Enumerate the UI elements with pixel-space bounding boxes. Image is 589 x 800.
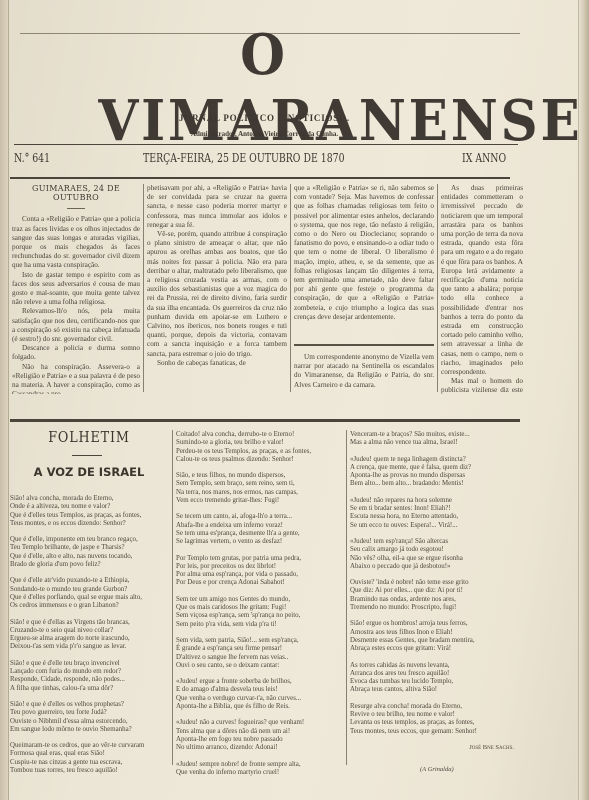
verse-line: Evoca das tumbas teu lucido Templo, [350, 678, 520, 686]
verse-line: Bramindo nas ondas, ardente nos ares, [350, 596, 520, 604]
verse-line: «Judeu! tem esp'rança! São altercas [350, 538, 520, 546]
article-column-2: phetisavam por ahi, a «Religião e Patria… [147, 184, 287, 394]
verse-line: Mas a alma não vence tua alma, Israel! [350, 439, 520, 447]
verse-line: Ouviste? 'inda é nobre! não teme esse gr… [350, 579, 520, 587]
stanza: Sião, e teus filhos, no mundo dispersos,… [176, 472, 336, 505]
verse-line: Sião! e que é d'elle teu braço invencive… [10, 660, 160, 668]
verse-line: Cuspiu-te nas cinzas a gente tua escrava… [10, 759, 160, 767]
issue-line-rule [10, 177, 510, 179]
verse-line: Seu calix amargo já todo esgotou! [350, 546, 520, 554]
verse-line: Que venha do inferno martyrio cruel! [176, 769, 336, 777]
verse-line: Que é d'elle, alto e alto, nas nuvens to… [10, 553, 160, 561]
verse-line: Se tem uma es'prança, desmente lh'a a ge… [176, 530, 336, 538]
folhetim-heading: FOLHETIM [13, 428, 164, 446]
verse-line: Aponta-lhe em fogo teu nobre passado [176, 736, 336, 744]
poem-title: A VOZ DE ISRAEL [0, 465, 178, 479]
verse-line: Deixou-t'as sem vida p'r'o sangue as lev… [10, 643, 160, 651]
poem-source: (A Grinalda) [350, 766, 520, 774]
verse-line: Abaixo o peccado que já desbotou!» [350, 563, 520, 571]
article-paragraph: phetisavam por ahi, a «Religião e Patria… [147, 184, 287, 230]
verse-line: Tombou tuas torres, teu fresco aquilão! [10, 767, 160, 775]
verse-line: Responde, Cidade, responde, não podes... [10, 676, 160, 684]
verse-line: Os cedros immensos e o gran Libanon? [10, 602, 160, 610]
issue-date: TERÇA-FEIRA, 25 DE OUTUBRO DE 1870 [143, 151, 345, 165]
stanza: Sião! ergue os hombros! arroja teus ferr… [350, 620, 520, 653]
verse-line: É grande a esp'rança seu firme pensar! [176, 645, 336, 653]
stanza: Que é d'elle atr'vido puxando-te a Ethio… [10, 577, 160, 610]
article-column-3: que a «Religião e Patria» se ri, não sab… [294, 184, 434, 340]
verse-line: Formosa qual eras, qual eras Sião! [10, 750, 160, 758]
verse-line: Lançado com furia do mundo em redor? [10, 668, 160, 676]
verse-line: Cruzando-te o seio qual niveo collar? [10, 627, 160, 635]
verse-line: Abafa-lhe a endeixa um inferno voraz! [176, 522, 336, 530]
stanza: Sião! alva concha, morada do Eterno,Onde… [10, 495, 160, 528]
folhetim-rule [72, 455, 102, 456]
verse-line: Por Deus e por crença Adonai Sabahot! [176, 579, 336, 587]
verse-line: Sem peito p'ra vida, sem vida p'ra ti! [176, 621, 336, 629]
verse-line: Que é d'elles teus Templos, as praças, a… [10, 512, 160, 520]
column-rule [143, 184, 144, 392]
verse-line: «Judeu! sempre nobre! de fronte sempre a… [176, 761, 336, 769]
verse-line: Sião! e que é d'ellas as Virgens tão bra… [10, 619, 160, 627]
article-paragraph: Sonho de cabeças fanaticas, de [147, 359, 287, 368]
article-paragraph: Vê-se, porém, quando attribue á conspira… [147, 230, 287, 359]
article-paragraph: Um correspondente anonymo de Vizella vem… [294, 353, 434, 390]
verse-line: Sem ter um amigo nos Gentes do mundo, [176, 596, 336, 604]
stanza: «Judeu! sempre nobre! de fronte sempre a… [176, 761, 336, 778]
masthead-bottom-rule [14, 144, 518, 145]
column-rule [290, 184, 291, 392]
verse-line: Que é d'elle atr'vido puxando-te a Ethio… [10, 577, 160, 585]
verse-line: Arranca dos ares teu fresco aquilão! [350, 670, 520, 678]
verse-line: Brado de gloria d'um povo feliz? [10, 561, 160, 569]
correspondent-note: Um correspondente anonymo de Vizella vem… [294, 353, 434, 395]
stanza: «Judeu! não repares na hora solemneSe em… [350, 497, 520, 530]
column-rule [346, 430, 347, 765]
verse-line: Sem viçosa esp'rança, sem 'sp'rança no p… [176, 612, 336, 620]
verse-line: Se tecem um canto, ai, afoga-lh'o a terr… [176, 513, 336, 521]
stanza: «Judeu! tem esp'rança! São altercasSeu c… [350, 538, 520, 571]
stanza: «Judeu! não a curves! fogueiras? que ven… [176, 719, 336, 752]
verse-line: Escuta nessa hora, no Eterno attentado, [350, 513, 520, 521]
article-paragraph: Isto de gastar tempo e espirito com as f… [12, 271, 140, 308]
administrator-line: Administrador, Antonio Vieira Correa da … [0, 130, 559, 138]
article-paragraph: que a «Religião e Patria» se ri, não sab… [294, 184, 434, 322]
verse-line: Não vês? olha, eil-a que se ergue risonh… [350, 555, 520, 563]
verse-line: Amostra aos teus filhos Inon e Eliah! [350, 629, 520, 637]
verse-line: Sião, e teus filhos, no mundo dispersos, [176, 472, 336, 480]
dateline-rule [67, 208, 85, 209]
verse-line: Sião! alva concha, morada do Eterno, [10, 495, 160, 503]
section-rule [294, 344, 434, 346]
verse-line: A filha que tinhas, calou-t'a uma dôr? [10, 685, 160, 693]
verse-line: Sondando-te o mundo teu grande Gurbon? [10, 586, 160, 594]
verse-line: Levanta os teus templos, as praças, as f… [350, 719, 520, 727]
verse-line: Que venha o verdugo curvar-t'a, não curv… [176, 695, 336, 703]
article-paragraph: Conta a «Religião e Patria» que a polici… [12, 215, 140, 270]
verse-line: Bem alto... bem alto... bradando: Mentis… [350, 480, 520, 488]
newspaper-subtitle: JORNAL POLITICO E NOTICIOSO. [0, 113, 559, 123]
verse-line: Por alma uma esp'rança, por vida o passa… [176, 571, 336, 579]
stanza: Resurge alva concha! morada do Eterno,Re… [350, 703, 520, 736]
verse-line: A crença, que mente, que é falsa, quem d… [350, 464, 520, 472]
article-paragraph: Não ha conspiração. Assevera-o a «Religi… [12, 363, 140, 394]
verse-line: Onde é a altiveza, teu nome e valor? [10, 503, 160, 511]
verse-line: D'altivez o sangue lhe fervem nas veias.… [176, 654, 336, 662]
stanza: Queimaram-te os cedros, que ao vêr-te cu… [10, 742, 160, 775]
verse-line: Resurge alva concha! morada do Eterno, [350, 703, 520, 711]
verse-line: Que os mais caridosos lhe gritam: Fugi! [176, 604, 336, 612]
verse-line: Sião! e que é d'elles os velhos propheta… [10, 701, 160, 709]
poem-column-1: Sião! alva concha, morada do Eterno,Onde… [10, 495, 160, 783]
verse-line: Se lagrimas vertem, o vento as desfaz! [176, 538, 336, 546]
verse-line: Aponta-lhe as provas no mundo dispersas [350, 472, 520, 480]
verse-line: «Judeu! não a curves! fogueiras? que ven… [176, 719, 336, 727]
verse-line: Ouvi o seu canto, se o deixam cantar: [176, 662, 336, 670]
verse-line: Que diz: Ai por elles... que diz: Ai por… [350, 587, 520, 595]
stanza: Sem ter um amigo nos Gentes do mundo,Que… [176, 596, 336, 629]
verse-line: Revive o teu brilho, teu nome e valor! [350, 711, 520, 719]
verse-line: Que é d'elle, imponente em teu branco re… [10, 536, 160, 544]
article-column-1: GUIMARÃES, 24 DE OUTUBRO Conta a «Religi… [12, 184, 140, 394]
stanza: Que é d'elle, imponente em teu branco re… [10, 536, 160, 569]
verse-line: Sião! ergue os hombros! arroja teus ferr… [350, 620, 520, 628]
verse-line: Se um ecco tu ouves: Espera!... Virá!... [350, 522, 520, 530]
verse-line: Em sangue lodo môrno te ouvio Shemanha? [10, 726, 160, 734]
verse-line: Abraça estes eccos que gritam: Virá! [350, 645, 520, 653]
stanza: Coitado! alva concha, derrubo-te o Etern… [176, 431, 336, 464]
verse-line: Sumindo-te a gloria, teu brilho e valor! [176, 439, 336, 447]
verse-line: Tremendo no mundo: Proscripto, fugi! [350, 604, 520, 612]
poem-signature: José Bne Sachs. [350, 744, 520, 752]
verse-line: Tens alma que a dôres não dá nem um ai! [176, 728, 336, 736]
column-rule [172, 430, 173, 765]
stanza: «Judeu! ergue a fronte soberba de brilho… [176, 678, 336, 711]
verse-line: Que é d'elles porfiando, qual se ergue m… [10, 594, 160, 602]
stanza: Sião! e que é d'ellas as Virgens tão bra… [10, 619, 160, 652]
stanza: Por Templo tem grutas, por patria uma pe… [176, 555, 336, 588]
article-column-4: As duas primeiras entidades commetteram … [441, 184, 523, 394]
verse-line: Desmente essas Gentes, que bradam mentir… [350, 637, 520, 645]
verse-line: No ultimo arranco, dizendo: Adonai! [176, 744, 336, 752]
verse-line: Perdeu-te os teus Templos, as praças, e … [176, 448, 336, 456]
verse-line: Aponta-lhe a Biblia, que és filho de Rei… [176, 703, 336, 711]
verse-line: Abraça teus cantos, altiva Sião! [350, 686, 520, 694]
article-dateline: GUIMARÃES, 24 DE OUTUBRO [12, 184, 140, 202]
stanza: As torres cahidas ás nuvens levanta,Arra… [350, 662, 520, 695]
article-paragraph: Mas mal o homem do publicista vizilense … [441, 377, 523, 394]
verse-line: Sem vida, sem patria, Sião!... sem esp'r… [176, 637, 336, 645]
verse-line: E do amago d'alma desvela teus leis! [176, 686, 336, 694]
stanza: Venceram-te a braços? São muitos, existe… [350, 431, 520, 448]
verse-line: Teu Templo brilhante, de jaspe e Tharsis… [10, 544, 160, 552]
stanza: Sião! e que é d'elles os velhos propheta… [10, 701, 160, 734]
verse-line: Por Templo tem grutas, por patria uma pe… [176, 555, 336, 563]
poem-column-2: Coitado! alva concha, derrubo-te o Etern… [176, 431, 336, 785]
verse-line: Venceram-te a braços? São muitos, existe… [350, 431, 520, 439]
verse-line: Por leis, por preceitos os dez librlot! [176, 563, 336, 571]
stanza: Sem vida, sem patria, Sião!... sem esp'r… [176, 637, 336, 670]
verse-line: Teus montes, teus eccos, que gemam: Senh… [350, 728, 520, 736]
verse-line: Na terra, nos mares, nos ermos, nas camp… [176, 489, 336, 497]
stanza: Sião! e que é d'elle teu braço invencive… [10, 660, 160, 693]
verse-line: «Judeu! ergue a fronte soberba de brilho… [176, 678, 336, 686]
newspaper-page: O VIMARANENSE JORNAL POLITICO E NOTICIOS… [0, 0, 589, 800]
verse-line: Vem ecco tremendo gritar-lhes: Fugi! [176, 497, 336, 505]
verse-line: Calou-te os teus psalmos dizendo: Senhor… [176, 456, 336, 464]
verse-line: Ouviste o Nibhmil d'essa alma estorcendo… [10, 718, 160, 726]
issue-number: N.° 641 [14, 151, 50, 165]
verse-line: Sem Templo, sem braço, sem reino, sem ti… [176, 480, 336, 488]
verse-line: As torres cahidas ás nuvens levanta, [350, 662, 520, 670]
folhetim-divider [10, 419, 520, 422]
stanza: Se tecem um canto, ai, afoga-lh'o a terr… [176, 513, 336, 546]
verse-line: Se em ti bradar sentes: Inon! Eliah?! [350, 505, 520, 513]
verse-line: Teu povo guerreiro, teu forte Judá? [10, 709, 160, 717]
verse-line: Teus montes, e os eccos dizendo: Senhor? [10, 520, 160, 528]
column-rule [437, 184, 438, 392]
verse-line: Coitado! alva concha, derrubo-te o Etern… [176, 431, 336, 439]
issue-year: IX ANNO [462, 151, 506, 165]
verse-line: Queimaram-te os cedros, que ao vêr-te cu… [10, 742, 160, 750]
verse-line: «Judeu! não repares na hora solemne [350, 497, 520, 505]
article-paragraph: Descance a policia e durma somno folgado… [12, 344, 140, 362]
poem-column-3: Venceram-te a braços? São muitos, existe… [350, 431, 520, 775]
verse-line: «Judeu! quem te nega linhagem distincta? [350, 456, 520, 464]
verse-line: Ergueu-se alma aragem do norte irascundo… [10, 635, 160, 643]
article-paragraph: Relevamos-lh'o nós, pela muita satisfaçã… [12, 307, 140, 344]
article-paragraph: As duas primeiras entidades commetteram … [441, 184, 523, 377]
stanza: «Judeu! quem te nega linhagem distincta?… [350, 456, 520, 489]
stanza: Ouviste? 'inda é nobre! não teme esse gr… [350, 579, 520, 612]
